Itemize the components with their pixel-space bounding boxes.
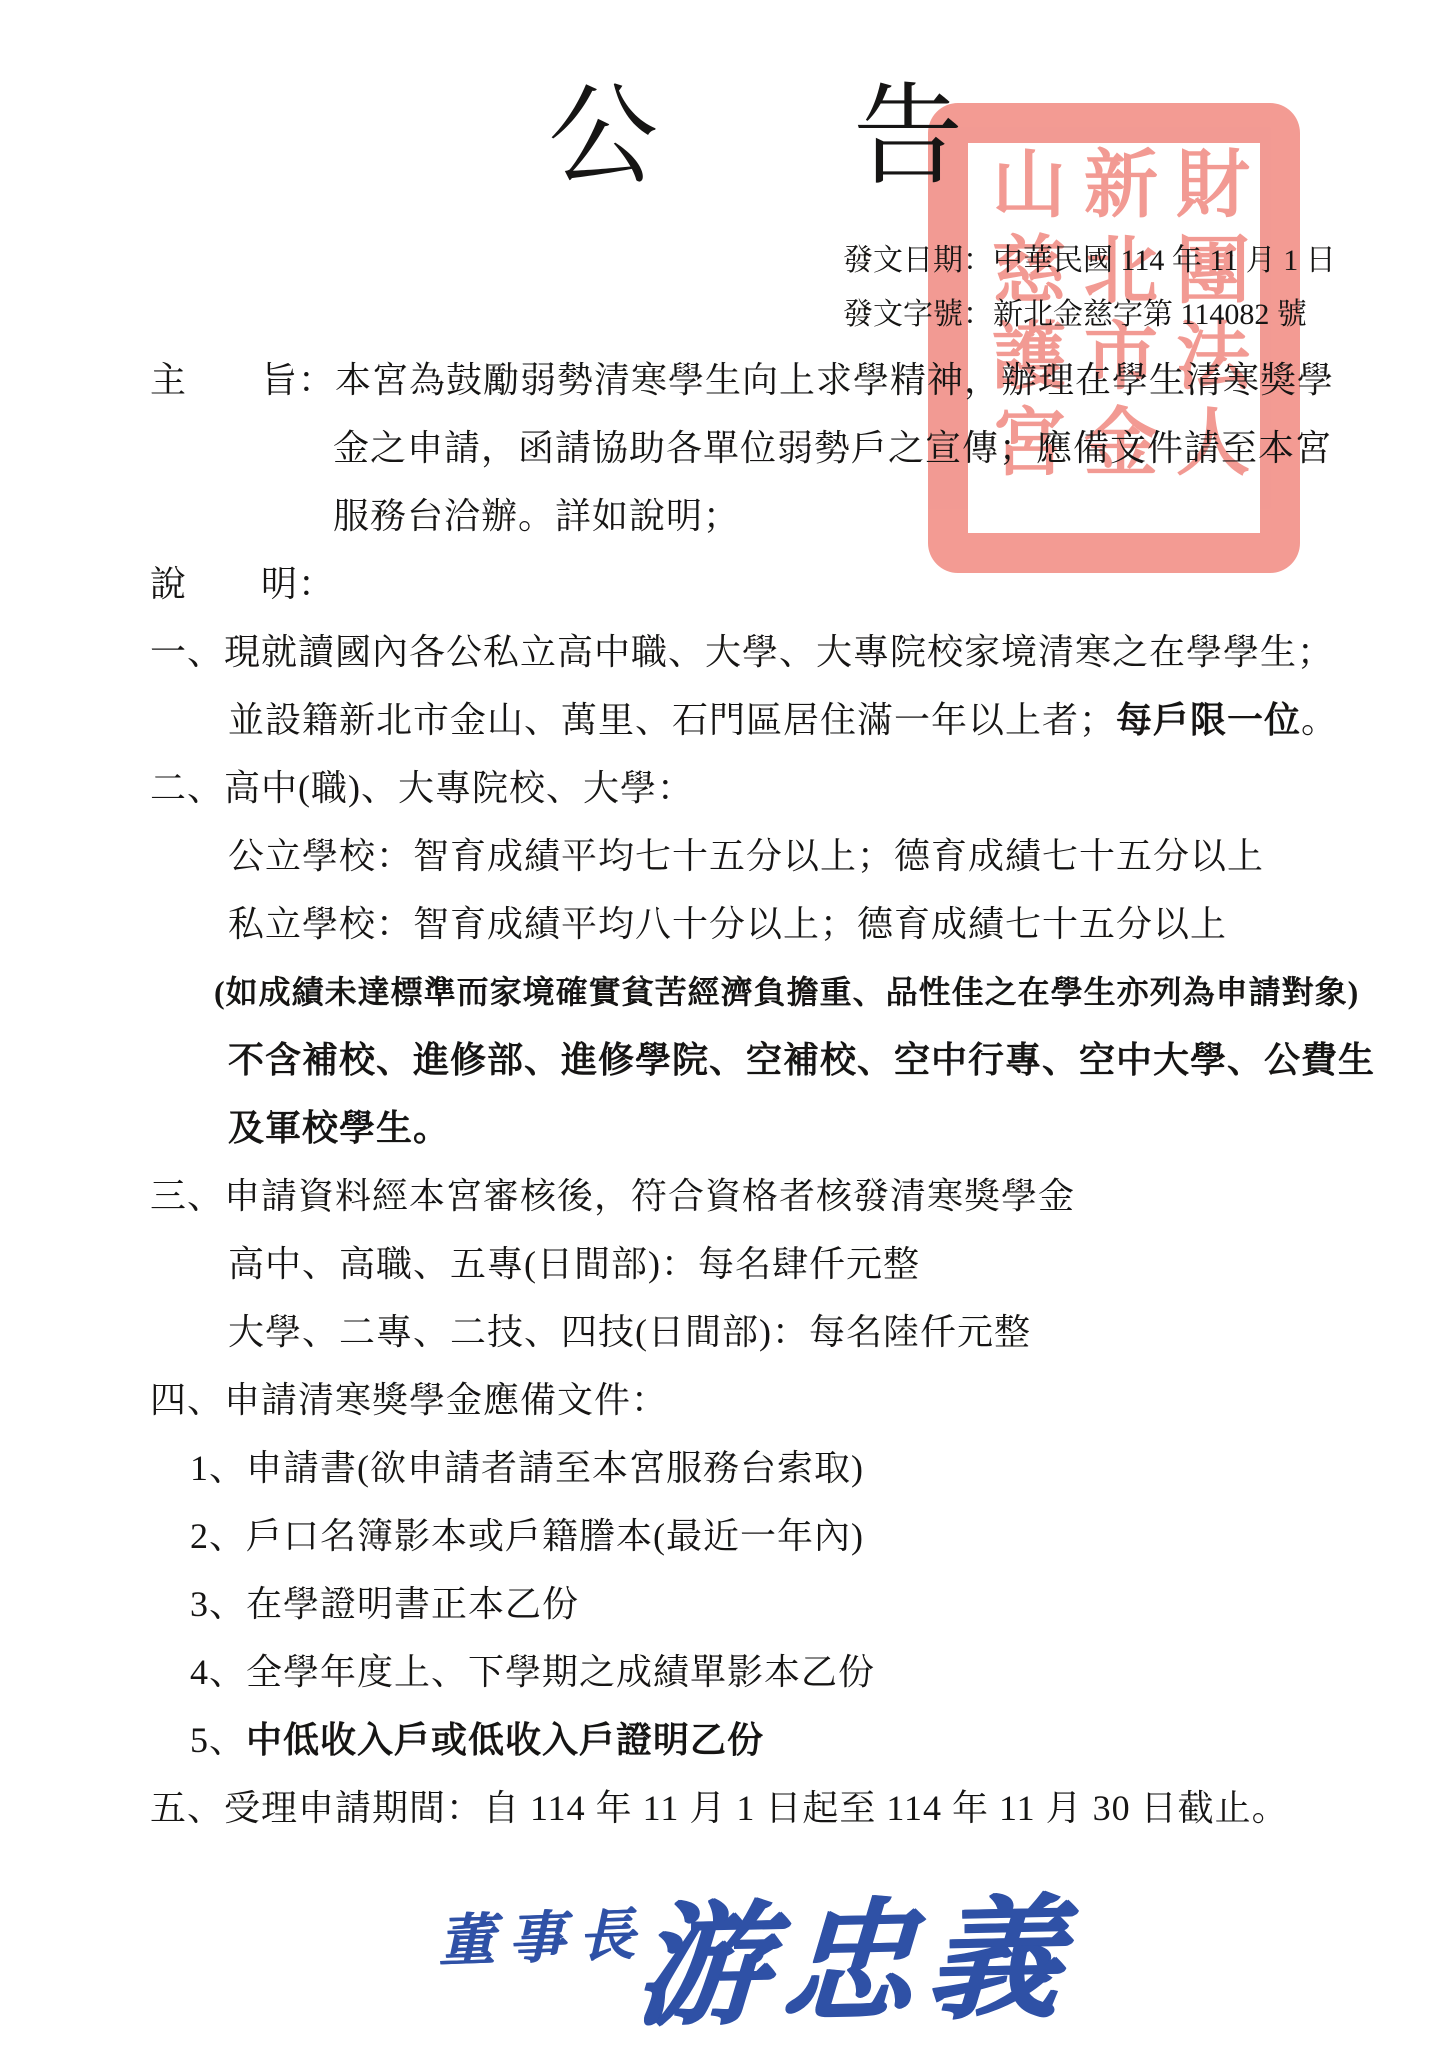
document-line: 三、申請資料經本宮審核後，符合資格者核發清寒獎學金 (150, 1162, 1448, 1230)
line-text: 3、在學證明書正本乙份 (190, 1584, 579, 1624)
signature-chairman-title: 董事長 (437, 1890, 650, 1977)
line-text: 說 明： (150, 564, 335, 604)
line-text: (如成績未達標準而家境確實貧苦經濟負擔重、品性佳之在學生亦列為申請對象) (214, 974, 1359, 1010)
line-text: 高中、高職、五專(日間部)：每名肆仟元整 (228, 1244, 920, 1284)
document-line: 4、全學年度上、下學期之成績單影本乙份 (190, 1638, 1448, 1706)
document-line: 並設籍新北市金山、萬里、石門區居住滿一年以上者；每戶限一位。 (228, 686, 1448, 754)
line-text: 1、申請書(欲申請者請至本宮服務台索取) (190, 1448, 864, 1488)
signature-chairman-name: 游忠義 (631, 1851, 1078, 2048)
line-text: 二、高中(職)、大專院校、大學： (150, 768, 694, 808)
reference-number-line: 發文字號：新北金慈字第 114082 號 (843, 288, 1336, 342)
announcement-page: 財團法人新北市金山慈護宮 公告 發文日期：中華民國 114 年 11 月 1 日… (0, 0, 1448, 2048)
line-text: 。 (1301, 700, 1338, 740)
document-line: 服務台洽辦。詳如說明； (333, 482, 1448, 550)
line-text: 4、全學年度上、下學期之成績單影本乙份 (190, 1652, 875, 1692)
document-line: 五、受理申請期間：自 114 年 11 月 1 日起至 114 年 11 月 3… (150, 1774, 1448, 1842)
document-line: 大學、二專、二技、四技(日間部)：每名陸仟元整 (228, 1298, 1448, 1366)
document-line: 主 旨：本宮為鼓勵弱勢清寒學生向上求學精神，辦理在學生清寒獎學 (150, 346, 1448, 414)
line-text: 金之申請，函請協助各單位弱勢戶之宣傳；應備文件請至本宮 (333, 428, 1332, 468)
line-text: 服務台洽辦。詳如說明； (333, 496, 740, 536)
document-line: 5、中低收入戶或低收入戶證明乙份 (190, 1706, 1448, 1774)
line-text: 並設籍新北市金山、萬里、石門區居住滿一年以上者； (228, 700, 1116, 740)
line-text: 私立學校：智育成績平均八十分以上；德育成績七十五分以上 (228, 904, 1227, 944)
document-line: 金之申請，函請協助各單位弱勢戶之宣傳；應備文件請至本宮 (333, 414, 1448, 482)
line-text: 及軍校學生。 (228, 1108, 450, 1148)
line-text: 五、受理申請期間：自 114 年 11 月 1 日起至 114 年 11 月 3… (150, 1788, 1289, 1828)
line-text: 三、申請資料經本宮審核後，符合資格者核發清寒獎學金 (150, 1176, 1075, 1216)
line-text: 2、戶口名簿影本或戶籍謄本(最近一年內) (190, 1516, 864, 1556)
line-text: 一、現就讀國內各公私立高中職、大學、大專院校家境清寒之在學學生； (150, 632, 1334, 672)
line-text: 5、 (190, 1720, 246, 1760)
document-line: (如成績未達標準而家境確實貧苦經濟負擔重、品性佳之在學生亦列為申請對象) (214, 958, 1448, 1026)
document-line: 四、申請清寒獎學金應備文件： (150, 1366, 1448, 1434)
line-text: 中低收入戶或低收入戶證明乙份 (246, 1720, 764, 1760)
document-line: 公立學校：智育成績平均七十五分以上；德育成績七十五分以上 (228, 822, 1448, 890)
document-line: 說 明： (150, 550, 1448, 618)
document-line: 2、戶口名簿影本或戶籍謄本(最近一年內) (190, 1502, 1448, 1570)
document-line: 1、申請書(欲申請者請至本宮服務台索取) (190, 1434, 1448, 1502)
document-meta: 發文日期：中華民國 114 年 11 月 1 日 發文字號：新北金慈字第 114… (843, 234, 1336, 342)
document-line: 高中、高職、五專(日間部)：每名肆仟元整 (228, 1230, 1448, 1298)
document-line: 不含補校、進修部、進修學院、空補校、空中行專、空中大學、公費生 (228, 1026, 1448, 1094)
page-title: 公告 (548, 72, 1158, 202)
document-line: 3、在學證明書正本乙份 (190, 1570, 1448, 1638)
line-text: 每戶限一位 (1116, 700, 1301, 740)
document-line: 二、高中(職)、大專院校、大學： (150, 754, 1448, 822)
line-text: 不含補校、進修部、進修學院、空補校、空中行專、空中大學、公費生 (228, 1040, 1375, 1080)
line-text: 公立學校：智育成績平均七十五分以上；德育成績七十五分以上 (228, 836, 1264, 876)
document-line: 及軍校學生。 (228, 1094, 1448, 1162)
document-line: 一、現就讀國內各公私立高中職、大學、大專院校家境清寒之在學學生； (150, 618, 1448, 686)
line-text: 大學、二專、二技、四技(日間部)：每名陸仟元整 (228, 1312, 1031, 1352)
line-text: 四、申請清寒獎學金應備文件： (150, 1380, 668, 1420)
line-text: 主 旨：本宮為鼓勵弱勢清寒學生向上求學精神，辦理在學生清寒獎學 (150, 360, 1334, 400)
document-line: 私立學校：智育成績平均八十分以上；德育成績七十五分以上 (228, 890, 1448, 958)
issue-date-line: 發文日期：中華民國 114 年 11 月 1 日 (843, 234, 1336, 288)
document-body: 主 旨：本宮為鼓勵弱勢清寒學生向上求學精神，辦理在學生清寒獎學金之申請，函請協助… (0, 346, 1448, 1842)
